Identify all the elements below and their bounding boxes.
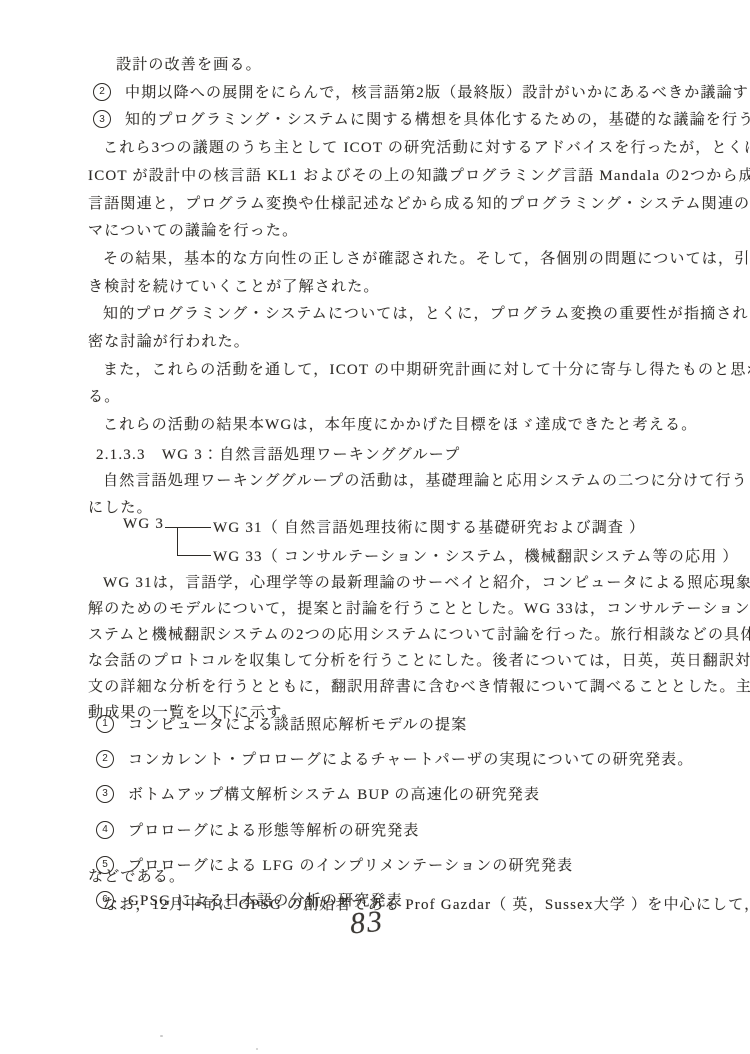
tree-elbow-line	[177, 528, 211, 556]
body-line: 密な討論が行われた。	[88, 329, 698, 357]
item-text: 知的プログラミング・システムに関する構想を具体化するための，基礎的な議論を行う。	[125, 107, 750, 135]
list-item: 2 コンカレント・プロローグによるチャートパーザの実現についての研究発表。	[88, 747, 698, 773]
body-line: 言語関連と，プログラム変換や仕様記述などから成る知的プログラミング・システム関連…	[88, 191, 698, 219]
section-heading: 2.1.3.3 WG 3：自然言語処理ワーキンググループ	[88, 442, 698, 469]
body-line: な会話のプロトコルを収集して分析を行うことにした。後者については，日英，英日翻訳…	[88, 648, 698, 674]
numbered-item: 2 中期以降への展開をにらんで，核言語第2版（最終版）設計がいかにあるべきか議論…	[88, 80, 698, 108]
body-line: などである。	[88, 864, 698, 892]
item-text: コンピュータによる談話照応解析モデルの提案	[128, 712, 467, 738]
body-line: 自然言語処理ワーキンググループの活動は，基礎理論と応用システムの二つに分けて行う…	[88, 468, 698, 495]
closing-paragraph: などである。 なお，12月中旬に GPSG の創始者である Prof Gazda…	[88, 864, 698, 919]
wg-description-paragraph: WG 31は，言語学，心理学等の最新理論のサーベイと紹介，コンピュータによる照応…	[88, 570, 698, 726]
item-text: コンカレント・プロローグによるチャートパーザの実現についての研究発表。	[128, 747, 694, 773]
body-line: WG 31は，言語学，心理学等の最新理論のサーベイと紹介，コンピュータによる照応…	[88, 570, 698, 596]
circled-number-icon: 2	[96, 750, 114, 768]
body-line: き検討を続けていくことが了解された。	[88, 274, 698, 302]
circled-number-icon: 3	[96, 785, 114, 803]
scan-speckle	[256, 1048, 258, 1050]
scan-speckle	[636, 95, 638, 97]
numbered-item: 3 知的プログラミング・システムに関する構想を具体化するための，基礎的な議論を行…	[88, 107, 698, 135]
tree-branch2-label: WG 33（ コンサルテーション・システム，機械翻訳システム等の応用 ）	[213, 545, 739, 566]
body-line: これらの活動の結果本WGは，本年度にかかげた目標をほゞ達成できたと考える。	[88, 412, 698, 440]
item-text: 中期以降への展開をにらんで，核言語第2版（最終版）設計がいかにあるべきか議論する…	[125, 80, 750, 108]
list-item: 3 ボトムアップ構文解析システム BUP の高速化の研究発表	[88, 782, 698, 808]
body-line: ICOT が設計中の核言語 KL1 およびその上の知識プログラミング言語 Man…	[88, 163, 698, 191]
list-item: 4 プロローグによる形態等解析の研究発表	[88, 818, 698, 844]
body-line: る。	[88, 384, 698, 412]
body-paragraphs: 設計の改善を画る。 2 中期以降への展開をにらんで，核言語第2版（最終版）設計が…	[88, 52, 698, 440]
body-line: これら3つの議題のうち主として ICOT の研究活動に対するアドバイスを行ったが…	[88, 135, 698, 163]
body-line: 設計の改善を画る。	[88, 52, 698, 80]
tree-branch1-label: WG 31（ 自然言語処理技術に関する基礎研究および調査 ）	[213, 516, 645, 537]
body-line: ステムと機械翻訳システムの2つの応用システムについて討論を行った。旅行相談などの…	[88, 622, 698, 648]
circled-number-icon: 2	[93, 83, 111, 101]
handwritten-page-number: 83	[349, 905, 386, 942]
section-intro: 自然言語処理ワーキンググループの活動は，基礎理論と応用システムの二つに分けて行う…	[88, 468, 698, 522]
body-line: 文の詳細な分析を行うとともに，翻訳用辞書に含むべき情報について調べることとした。…	[88, 674, 698, 700]
list-item: 1 コンピュータによる談話照応解析モデルの提案	[88, 712, 698, 738]
circled-number-icon: 4	[96, 821, 114, 839]
item-text: プロローグによる形態等解析の研究発表	[128, 818, 420, 844]
body-line: また，これらの活動を通して，ICOT の中期研究計画に対して十分に寄与し得たもの…	[88, 357, 698, 385]
scan-speckle	[672, 86, 674, 88]
wg-tree-diagram: WG 3 WG 31（ 自然言語処理技術に関する基礎研究および調査 ） WG 3…	[88, 516, 698, 576]
scanned-document-page: 設計の改善を画る。 2 中期以降への展開をにらんで，核言語第2版（最終版）設計が…	[0, 0, 750, 1054]
body-line: その結果，基本的な方向性の正しさが確認された。そして，各個別の問題については，引…	[88, 246, 698, 274]
body-line: なお，12月中旬に GPSG の創始者である Prof Gazdar（ 英，Su…	[88, 892, 698, 920]
tree-root-label: WG 3	[123, 516, 164, 533]
item-text: ボトムアップ構文解析システム BUP の高速化の研究発表	[128, 782, 540, 808]
body-line: マについての議論を行った。	[88, 218, 698, 246]
scan-speckle	[160, 1035, 163, 1037]
circled-number-icon: 3	[93, 110, 111, 128]
body-line: 解のためのモデルについて，提案と討論を行うこととした。WG 33は，コンサルテー…	[88, 596, 698, 622]
circled-number-icon: 1	[96, 715, 114, 733]
body-line: 知的プログラミング・システムについては，とくに，プログラム変換の重要性が指摘され…	[88, 301, 698, 329]
